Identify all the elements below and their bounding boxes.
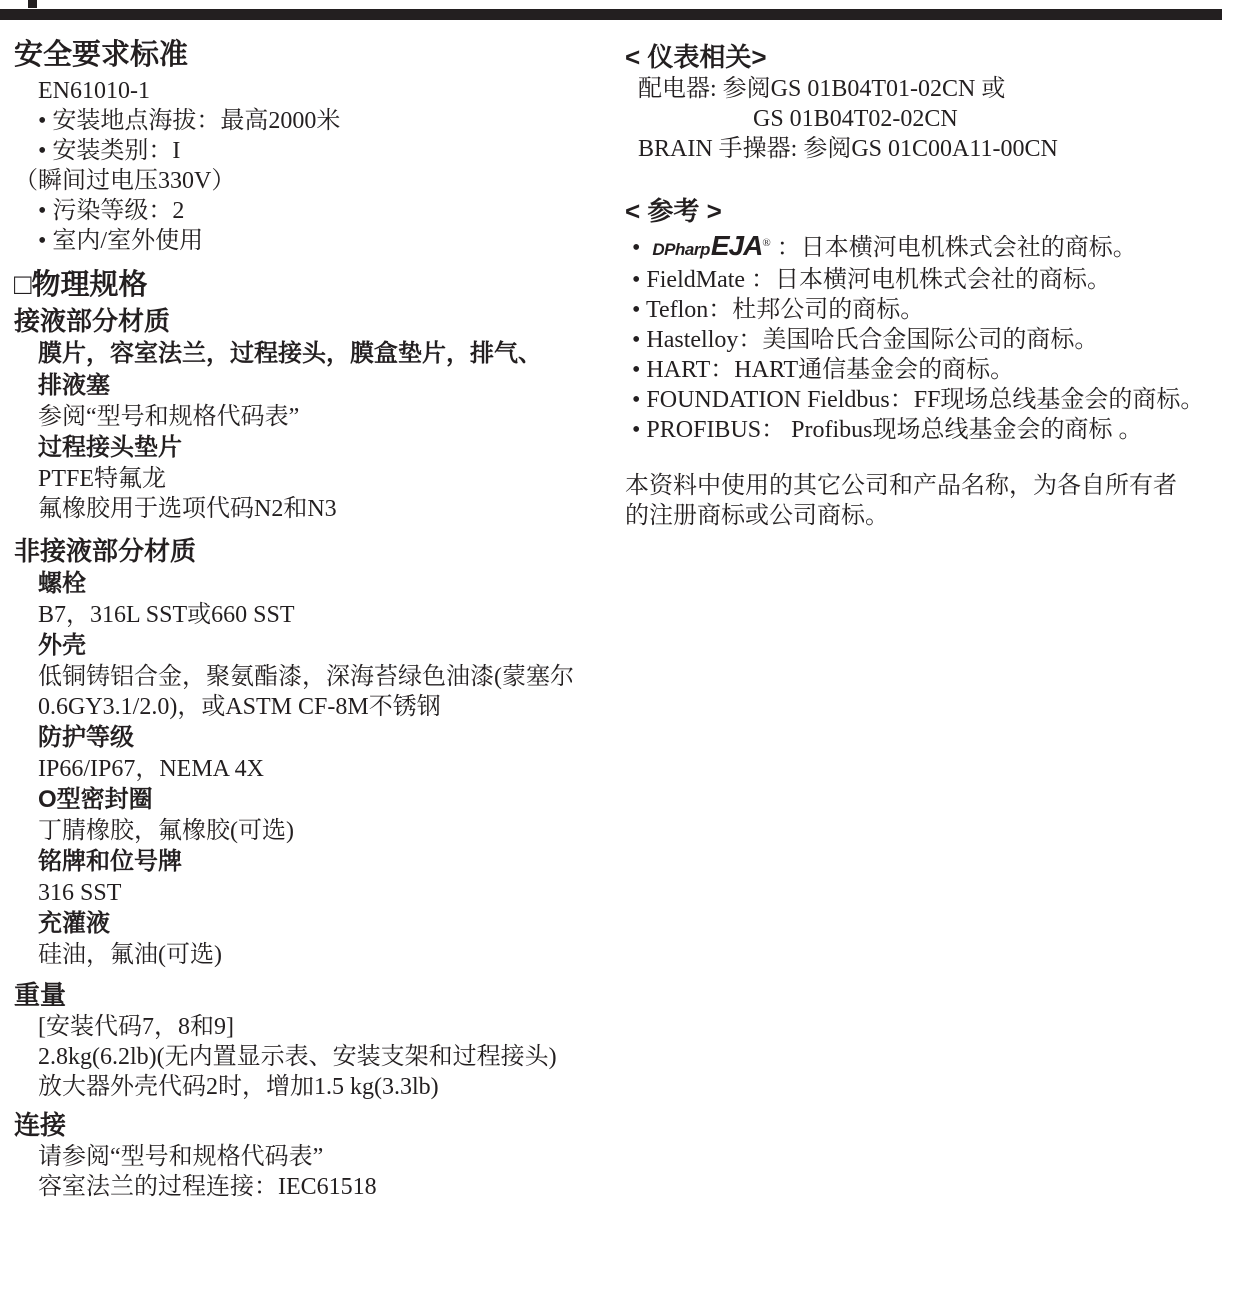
text-line: BRAIN 手操器: 参阅GS 01C00A11-00CN — [625, 134, 1237, 164]
trademark-item: • Teflon：杜邦公司的商标。 — [625, 295, 1237, 325]
reference-heading: < 参考 > — [625, 194, 1237, 228]
left-column: 安全要求标准 EN61010-1 • 安装地点海拔：最高2000米 • 安装类别… — [14, 36, 616, 1202]
text-line: [安装代码7，8和9] — [14, 1012, 616, 1042]
notice-line: 本资料中使用的其它公司和产品名称，为各自所有者 — [625, 471, 1237, 501]
bullet: • — [632, 233, 640, 263]
text-line: 请参阅“型号和规格代码表” — [14, 1142, 616, 1172]
trademark-item-dpharp-eja: •DPharpEJA®：日本横河电机株式会社的商标。 — [625, 228, 1237, 265]
section-related-instruments: < 仪表相关> 配电器: 参阅GS 01B04T01-02CN 或 GS 01B… — [625, 40, 1237, 164]
trademark-item: • FieldMate ：日本横河电机株式会社的商标。 — [625, 265, 1237, 295]
section-safety-standard: 安全要求标准 EN61010-1 • 安装地点海拔：最高2000米 • 安装类别… — [14, 36, 616, 256]
trademark-item: • HART：HART通信基金会的商标。 — [625, 355, 1237, 385]
item-label: 外壳 — [14, 630, 616, 662]
text-line: 低铜铸铝合金，聚氨酯漆，深海苔绿色油漆(蒙塞尔 — [14, 662, 616, 692]
text-line: B7，316L SST或660 SST — [14, 600, 616, 630]
item-label: 铭牌和位号牌 — [14, 846, 616, 878]
text-line: （瞬间过电压330V） — [14, 166, 616, 196]
text-line: 参阅“型号和规格代码表” — [14, 402, 616, 432]
text-line: GS 01B04T02-02CN — [625, 104, 1237, 134]
text-line: IP66/IP67，NEMA 4X — [14, 754, 616, 784]
safety-heading: 安全要求标准 — [14, 36, 616, 74]
physical-heading: □物理规格 — [14, 266, 616, 304]
related-instruments-heading: < 仪表相关> — [625, 40, 1237, 74]
spec-document-page: 安全要求标准 EN61010-1 • 安装地点海拔：最高2000米 • 安装类别… — [0, 0, 1239, 1295]
right-column: < 仪表相关> 配电器: 参阅GS 01B04T01-02CN 或 GS 01B… — [625, 40, 1237, 531]
text-line: 配电器: 参阅GS 01B04T01-02CN 或 — [625, 74, 1237, 104]
section-connection: 连接 请参阅“型号和规格代码表” 容室法兰的过程连接：IEC61518 — [14, 1108, 616, 1202]
text-line: PTFE特氟龙 — [14, 464, 616, 494]
item-label: 螺栓 — [14, 568, 616, 600]
text-line: 316 SST — [14, 878, 616, 908]
notice-line: 的注册商标或公司商标。 — [625, 501, 1237, 531]
wetted-parts-heading: 接液部分材质 — [14, 304, 616, 338]
item-label: 充灌液 — [14, 908, 616, 940]
wetted-bold-line: 过程接头垫片 — [14, 432, 616, 464]
text-line: 容室法兰的过程连接：IEC61518 — [14, 1172, 616, 1202]
item-label: O型密封圈 — [14, 784, 616, 816]
eja-logo-text: EJA — [711, 230, 762, 261]
bullet-line: • 室内/室外使用 — [14, 226, 616, 256]
section-weight: 重量 [安装代码7，8和9] 2.8kg(6.2lb)(无内置显示表、安装支架和… — [14, 978, 616, 1102]
section-trademark-notice: 本资料中使用的其它公司和产品名称，为各自所有者 的注册商标或公司商标。 — [625, 471, 1237, 531]
trademark-item: • FOUNDATION Fieldbus：FF现场总线基金会的商标。 — [625, 385, 1237, 415]
item-label: 防护等级 — [14, 722, 616, 754]
nonwetted-parts-heading: 非接液部分材质 — [14, 534, 616, 568]
bullet-line: • 安装地点海拔：最高2000米 — [14, 106, 616, 136]
text-line: 硅油，氟油(可选) — [14, 940, 616, 970]
section-reference: < 参考 > •DPharpEJA®：日本横河电机株式会社的商标。 • Fiel… — [625, 194, 1237, 445]
text-line: 0.6GY3.1/2.0)，或ASTM CF-8M不锈钢 — [14, 692, 616, 722]
header-rule — [0, 9, 1222, 20]
registered-trademark-icon: ® — [762, 237, 770, 249]
bullet-line: • 污染等级：2 — [14, 196, 616, 226]
section-physical-spec: □物理规格 接液部分材质 膜片，容室法兰，过程接头，膜盒垫片，排气、 排液塞 参… — [14, 266, 616, 970]
connection-heading: 连接 — [14, 1108, 616, 1142]
dpharp-logo-text: DPharp — [652, 240, 709, 259]
text-line: 丁腈橡胶，氟橡胶(可选) — [14, 816, 616, 846]
text-line: 氟橡胶用于选项代码N2和N3 — [14, 494, 616, 524]
trademark-desc: ：日本横河电机株式会社的商标。 — [777, 235, 1137, 261]
trademark-item: • PROFIBUS： Profibus现场总线基金会的商标 。 — [625, 415, 1237, 445]
wetted-bold-line: 排液塞 — [14, 370, 616, 402]
trademark-item: • Hastelloy：美国哈氏合金国际公司的商标。 — [625, 325, 1237, 355]
wetted-bold-line: 膜片，容室法兰，过程接头，膜盒垫片，排气、 — [14, 338, 616, 370]
bullet-line: • 安装类别：I — [14, 136, 616, 166]
text-line: EN61010-1 — [14, 76, 616, 106]
page-corner-tab — [28, 0, 37, 8]
weight-heading: 重量 — [14, 978, 616, 1012]
text-line: 放大器外壳代码2时，增加1.5 kg(3.3lb) — [14, 1072, 616, 1102]
text-line: 2.8kg(6.2lb)(无内置显示表、安装支架和过程接头) — [14, 1042, 616, 1072]
